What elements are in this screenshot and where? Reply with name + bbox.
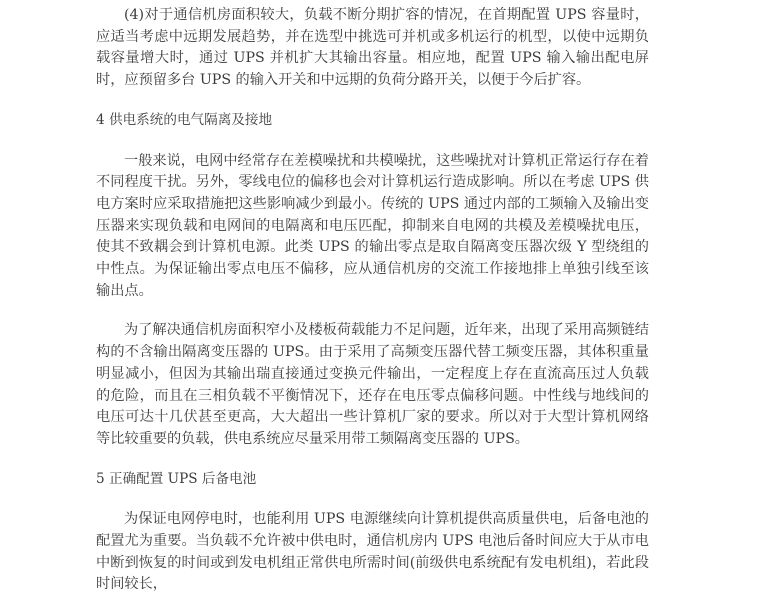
section-heading-5: 5 正确配置 UPS 后备电池 bbox=[96, 469, 649, 491]
document-page: (4)对于通信机房面积较大，负载不断分期扩容的情况，在首期配置 UPS 容量时，… bbox=[96, 5, 649, 595]
spacer bbox=[96, 490, 649, 509]
section-heading-4: 4 供电系统的电气隔离及接地 bbox=[96, 110, 649, 132]
spacer bbox=[96, 302, 649, 320]
spacer bbox=[96, 132, 649, 151]
paragraph-ups-capacity-expansion: (4)对于通信机房面积较大，负载不断分期扩容的情况，在首期配置 UPS 容量时，… bbox=[96, 5, 649, 92]
spacer bbox=[96, 92, 649, 110]
spacer bbox=[96, 451, 649, 469]
paragraph-electrical-isolation: 一般来说，电网中经常存在差模噪扰和共模噪扰，这些噪扰对计算机正常运行存在着不同程… bbox=[96, 151, 649, 303]
paragraph-backup-battery: 为保证电网停电时，也能利用 UPS 电源继续向计算机提供高质量供电，后备电池的配… bbox=[96, 509, 649, 595]
paragraph-high-frequency-ups: 为了解决通信机房面积窄小及楼板荷载能力不足问题，近年来，出现了采用高频链结构的不… bbox=[96, 320, 649, 450]
